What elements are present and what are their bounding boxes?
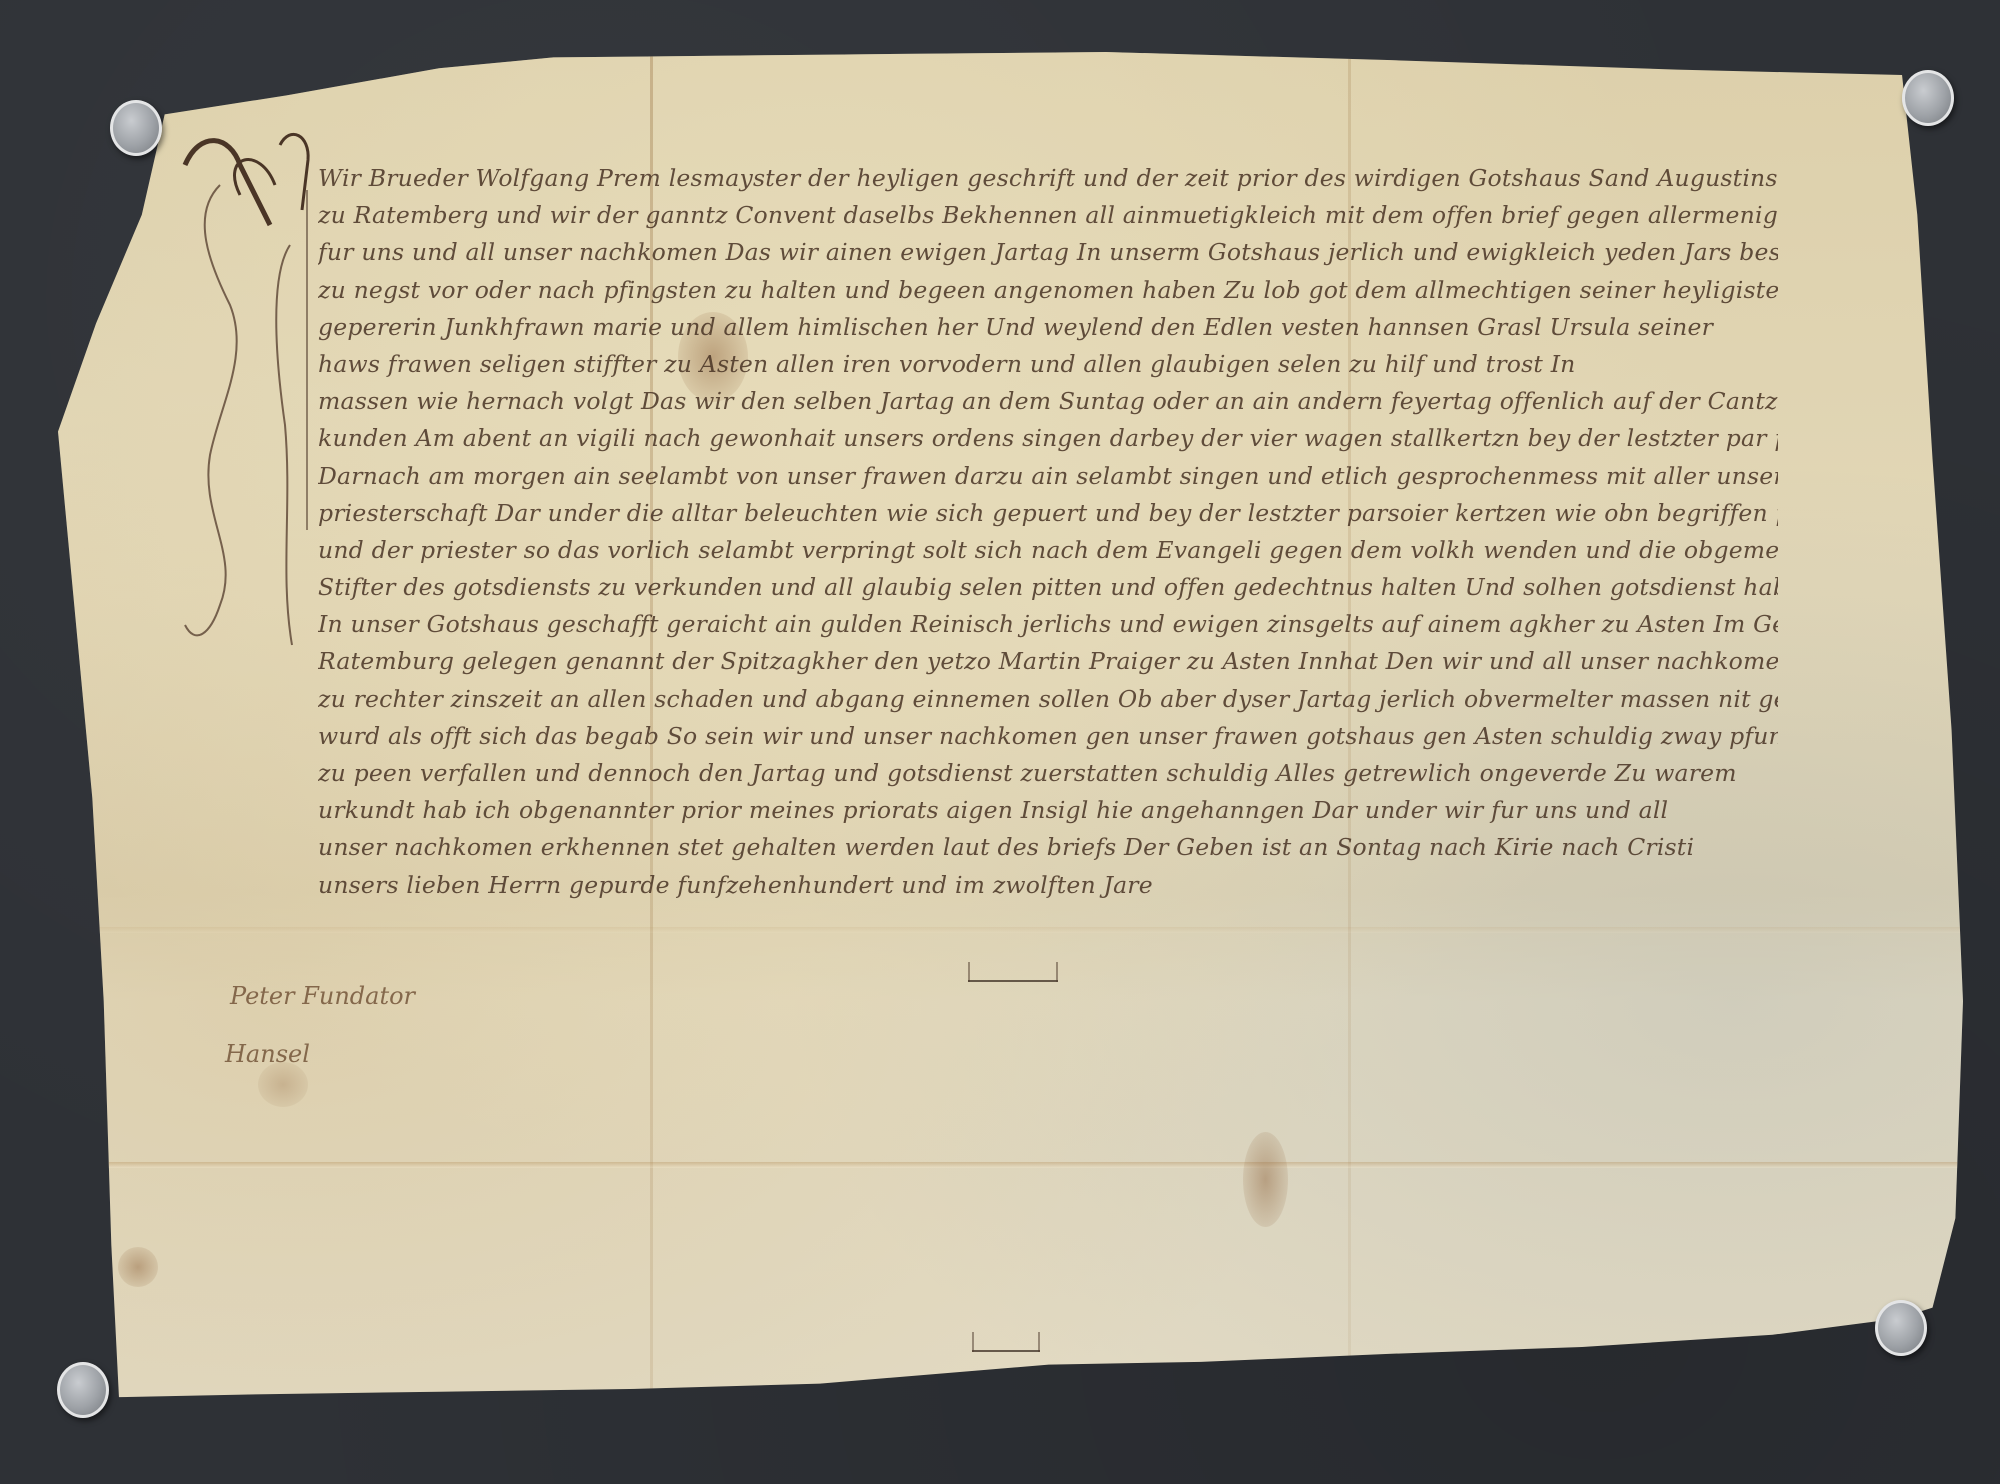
text-line: unsers lieben Herrn gepurde funfzehenhun…: [318, 867, 1248, 904]
text-line: Wir Brueder Wolfgang Prem lesmayster der…: [318, 160, 1778, 197]
magnet-pin-top-right: [1902, 70, 1954, 126]
magnet-pin-top-left: [110, 100, 162, 156]
magnet-pin-bottom-left: [57, 1362, 109, 1418]
text-line: massen wie hernach volgt Das wir den sel…: [318, 383, 1778, 420]
text-line: Darnach am morgen ain seelambt von unser…: [318, 458, 1778, 495]
text-line: zu negst vor oder nach pfingsten zu halt…: [318, 272, 1778, 309]
fold-line-horizontal-upper: [58, 927, 1963, 933]
text-line: zu Ratemberg und wir der ganntz Convent …: [318, 197, 1778, 234]
text-line: Stifter des gotsdiensts zu verkunden und…: [318, 569, 1778, 606]
seal-slit-upper: [968, 980, 1058, 982]
text-line: zu peen verfallen und dennoch den Jartag…: [318, 755, 1778, 792]
text-line: wurd als offt sich das begab So sein wir…: [318, 718, 1778, 755]
decorated-initial-w-icon: [180, 125, 320, 655]
text-line: Ratemburg gelegen genannt der Spitzagkhe…: [318, 643, 1778, 680]
text-line: In unser Gotshaus geschafft geraicht ain…: [318, 606, 1778, 643]
text-line: haws frawen seligen stiffter zu Asten al…: [318, 346, 1778, 383]
endorsement-note-2: Hansel: [225, 1040, 310, 1068]
text-line: urkundt hab ich obgenannter prior meines…: [318, 792, 1778, 829]
text-line: zu rechter zinszeit an allen schaden und…: [318, 681, 1778, 718]
stain: [258, 1062, 308, 1107]
margin-rule: [306, 190, 308, 530]
fold-line-horizontal: [58, 1162, 1963, 1168]
text-line: unser nachkomen erkhennen stet gehalten …: [318, 829, 1778, 866]
text-line: und der priester so das vorlich selambt …: [318, 532, 1778, 569]
magnet-pin-bottom-right: [1875, 1300, 1927, 1356]
text-line: fur uns und all unser nachkomen Das wir …: [318, 234, 1778, 271]
text-line: gepererin Junkhfrawn marie und allem him…: [318, 309, 1778, 346]
seal-slit-lower: [972, 1350, 1040, 1352]
text-line: kunden Am abent an vigili nach gewonhait…: [318, 420, 1778, 457]
stain: [118, 1247, 158, 1287]
stain: [1243, 1132, 1288, 1227]
text-line: priesterschaft Dar under die alltar bele…: [318, 495, 1778, 532]
charter-text: Wir Brueder Wolfgang Prem lesmayster der…: [318, 160, 1778, 904]
endorsement-note-1: Peter Fundator: [230, 982, 415, 1010]
